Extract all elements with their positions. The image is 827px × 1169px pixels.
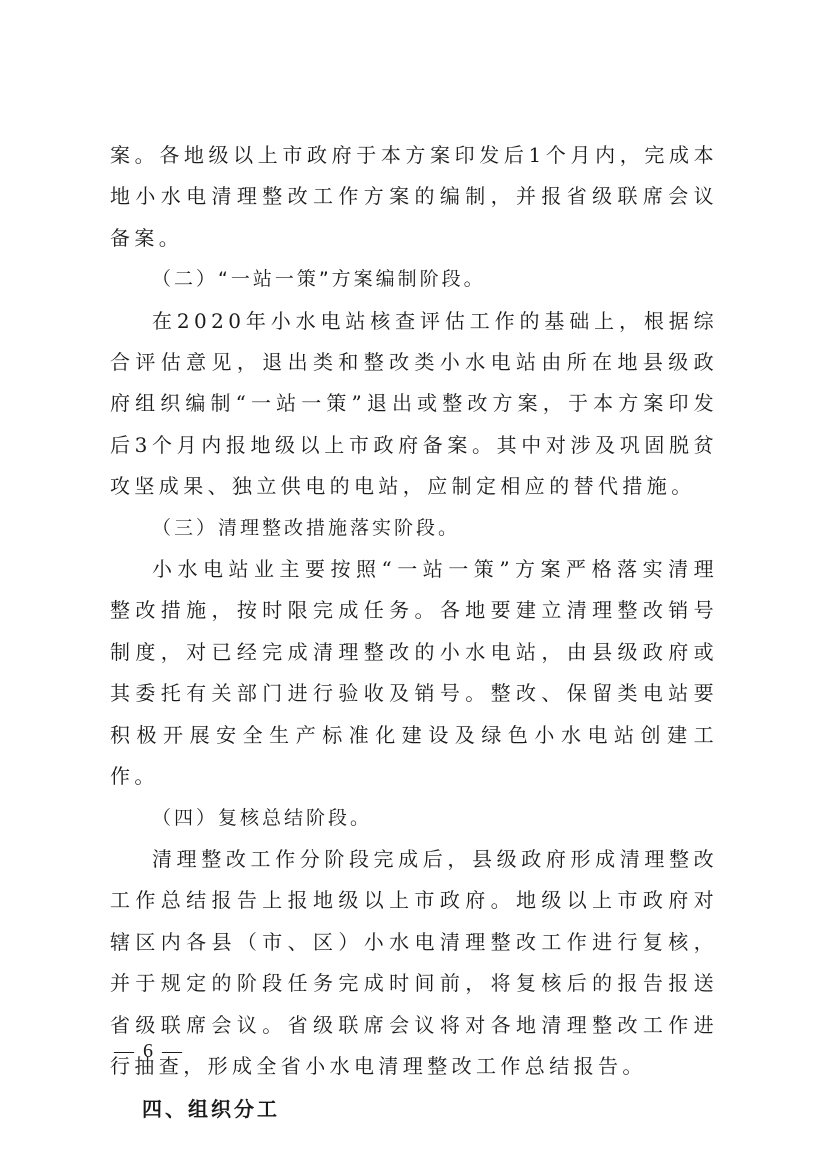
paragraph-stage-3: 小水电站业主要按照“一站一策”方案严格落实清理整改措施，按时限完成任务。各地要建… [110,549,718,797]
document-body: 案。各地级以上市政府于本方案印发后1个月内，完成本地小水电清理整改工作方案的编制… [110,135,718,1131]
page-number: — 6 — [114,1040,184,1063]
paragraph-stage-2: 在2020年小水电站核查评估工作的基础上，根据综合评估意见，退出类和整改类小水电… [110,301,718,508]
subheading-stage-4: （四）复核总结阶段。 [110,798,718,839]
subheading-stage-2: （二）“一站一策”方案编制阶段。 [110,259,718,300]
paragraph-stage-4: 清理整改工作分阶段完成后，县级政府形成清理整改工作总结报告上报地级以上市政府。地… [110,839,718,1087]
paragraph-continuation: 案。各地级以上市政府于本方案印发后1个月内，完成本地小水电清理整改工作方案的编制… [110,135,718,259]
document-page: 案。各地级以上市政府于本方案印发后1个月内，完成本地小水电清理整改工作方案的编制… [0,0,827,1169]
section-heading-organization: 四、组织分工 [110,1089,718,1130]
subheading-stage-3: （三）清理整改措施落实阶段。 [110,508,718,549]
